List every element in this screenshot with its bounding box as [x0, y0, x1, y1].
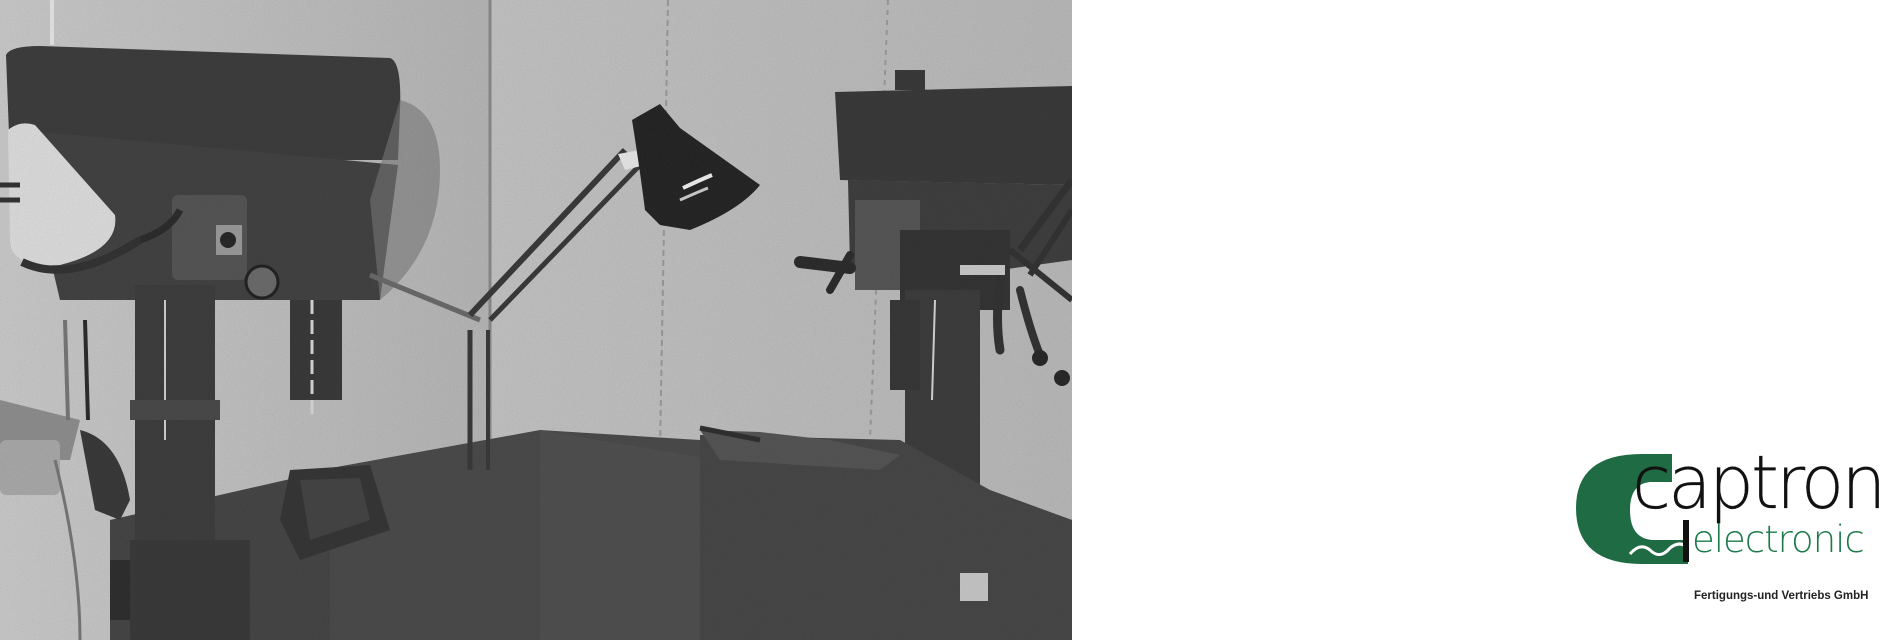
brand-main-text: captron: [1632, 446, 1884, 520]
workshop-photo: [0, 0, 1072, 640]
workshop-photo-image: [0, 0, 1072, 640]
brand-sub-text: electronic: [1692, 521, 1864, 558]
banner: captron electronic Fertigungs-und Vertri…: [0, 0, 1900, 640]
logo-divider-bar: [1683, 520, 1689, 562]
captron-logo: captron electronic Fertigungs-und Vertri…: [1570, 452, 1880, 612]
company-tagline: Fertigungs-und Vertriebs GmbH: [1694, 590, 1868, 602]
